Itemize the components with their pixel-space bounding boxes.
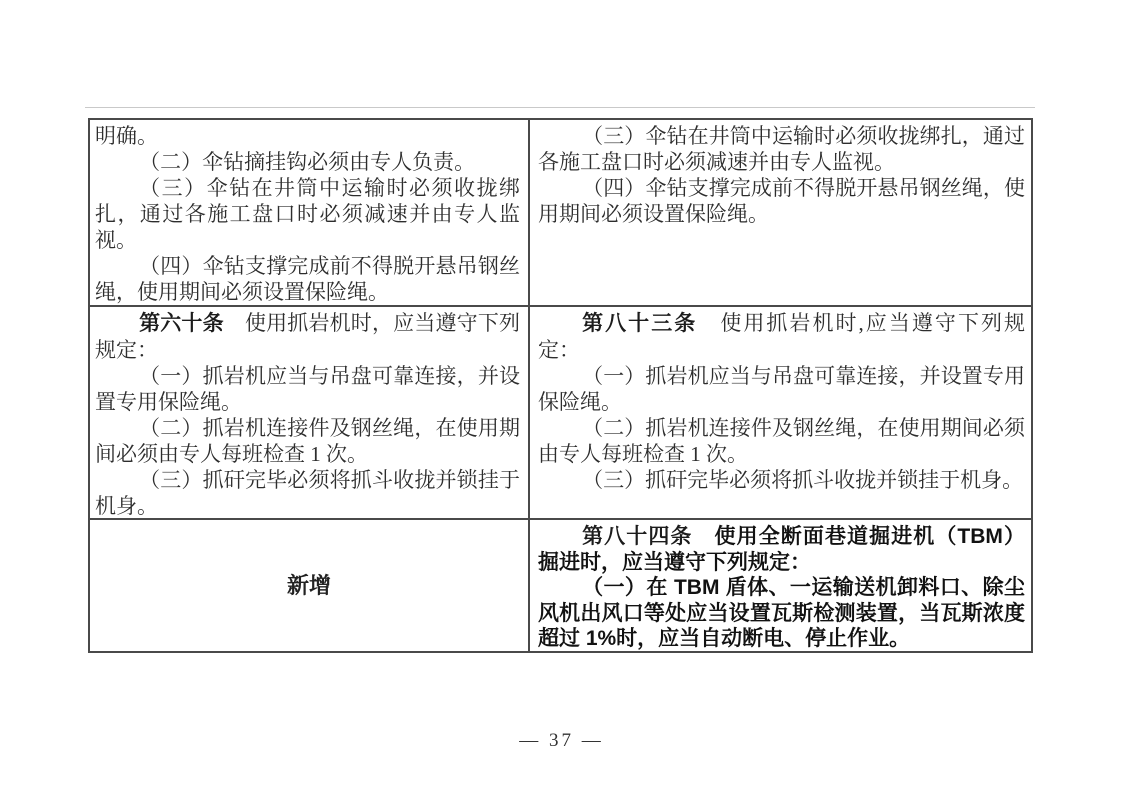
paragraph: （一）抓岩机应当与吊盘可靠连接，并设置专用保险绳。 (538, 363, 1025, 415)
new-addition-label: 新增 (287, 573, 331, 599)
paragraph: 明确。 (95, 123, 520, 149)
paragraph: （三）抓矸完毕必须将抓斗收拢并锁挂于机身。 (538, 467, 1025, 493)
page-number: — 37 — (0, 730, 1123, 752)
paragraph-text: （三）伞钻在井筒中运输时必须收拢绑扎，通过各施工盘口时必须减速并由专人监视。 (538, 124, 1025, 174)
paragraph: 第六十条 使用抓岩机时，应当遵守下列规定： (95, 310, 520, 363)
paragraph: （四）伞钻支撑完成前不得脱开悬吊钢丝绳，使用期间必须设置保险绳。 (538, 175, 1025, 227)
paragraph-text: （一）抓岩机应当与吊盘可靠连接，并设置专用保险绳。 (538, 364, 1025, 414)
paragraph: （三）伞钻在井筒中运输时必须收拢绑扎，通过各施工盘口时必须减速并由专人监视。 (538, 123, 1025, 175)
paragraph-text: （一）抓岩机应当与吊盘可靠连接，并设置专用保险绳。 (95, 364, 520, 414)
paragraph-text: 明确。 (95, 124, 158, 148)
paragraph: （三）伞钻在井筒中运输时必须收拢绑扎，通过各施工盘口时必须减速并由专人监视。 (95, 175, 520, 253)
article-number: 第八十三条 (582, 312, 697, 335)
article-number: 第八十四条 (582, 525, 692, 548)
paragraph: （一）在 TBM 盾体、一运输送机卸料口、除尘风机出风口等处应当设置瓦斯检测装置… (538, 575, 1025, 651)
paragraph: （二）伞钻摘挂钩必须由专人负责。 (95, 149, 520, 175)
old-version-cell-row1: 明确。 （二）伞钻摘挂钩必须由专人负责。 （三）伞钻在井筒中运输时必须收拢绑扎，… (90, 120, 530, 307)
new-version-cell-row3: 第八十四条 使用全断面巷道掘进机（TBM）掘进时，应当遵守下列规定： （一）在 … (530, 520, 1031, 651)
paragraph-text: （一）在 TBM 盾体、一运输送机卸料口、除尘风机出风口等处应当设置瓦斯检测装置… (538, 576, 1025, 650)
paragraph: （三）抓矸完毕必须将抓斗收拢并锁挂于机身。 (95, 467, 520, 519)
paragraph: 第八十三条 使用抓岩机时,应当遵守下列规定： (538, 310, 1025, 363)
paragraph: （四）伞钻支撑完成前不得脱开悬吊钢丝绳，使用期间必须设置保险绳。 (95, 253, 520, 305)
paragraph-text: （三）抓矸完毕必须将抓斗收拢并锁挂于机身。 (95, 468, 520, 518)
paragraph: （二）抓岩机连接件及钢丝绳，在使用期间必须由专人每班检查 1 次。 (538, 415, 1025, 467)
paragraph-text: （二）伞钻摘挂钩必须由专人负责。 (139, 150, 475, 174)
new-version-cell-row1: （三）伞钻在井筒中运输时必须收拢绑扎，通过各施工盘口时必须减速并由专人监视。 （… (530, 120, 1031, 307)
old-version-cell-row3: 新增 (90, 520, 530, 651)
paragraph-text: （二）抓岩机连接件及钢丝绳，在使用期间必须由专人每班检查 1 次。 (95, 416, 520, 466)
page-top-rule (85, 107, 1035, 108)
comparison-table: 明确。 （二）伞钻摘挂钩必须由专人负责。 （三）伞钻在井筒中运输时必须收拢绑扎，… (88, 118, 1033, 653)
paragraph-text: （四）伞钻支撑完成前不得脱开悬吊钢丝绳，使用期间必须设置保险绳。 (95, 254, 520, 304)
paragraph: 第八十四条 使用全断面巷道掘进机（TBM）掘进时，应当遵守下列规定： (538, 524, 1025, 575)
paragraph: （一）抓岩机应当与吊盘可靠连接，并设置专用保险绳。 (95, 363, 520, 415)
old-version-cell-row2: 第六十条 使用抓岩机时，应当遵守下列规定： （一）抓岩机应当与吊盘可靠连接，并设… (90, 307, 530, 520)
paragraph-text: （四）伞钻支撑完成前不得脱开悬吊钢丝绳，使用期间必须设置保险绳。 (538, 176, 1025, 226)
paragraph-text: （二）抓岩机连接件及钢丝绳，在使用期间必须由专人每班检查 1 次。 (538, 416, 1025, 466)
new-version-cell-row2: 第八十三条 使用抓岩机时,应当遵守下列规定： （一）抓岩机应当与吊盘可靠连接，并… (530, 307, 1031, 520)
paragraph-text: （三）抓矸完毕必须将抓斗收拢并锁挂于机身。 (582, 468, 1023, 492)
article-number: 第六十条 (139, 312, 224, 335)
paragraph: （二）抓岩机连接件及钢丝绳，在使用期间必须由专人每班检查 1 次。 (95, 415, 520, 467)
paragraph-text: （三）伞钻在井筒中运输时必须收拢绑扎，通过各施工盘口时必须减速并由专人监视。 (95, 176, 520, 252)
